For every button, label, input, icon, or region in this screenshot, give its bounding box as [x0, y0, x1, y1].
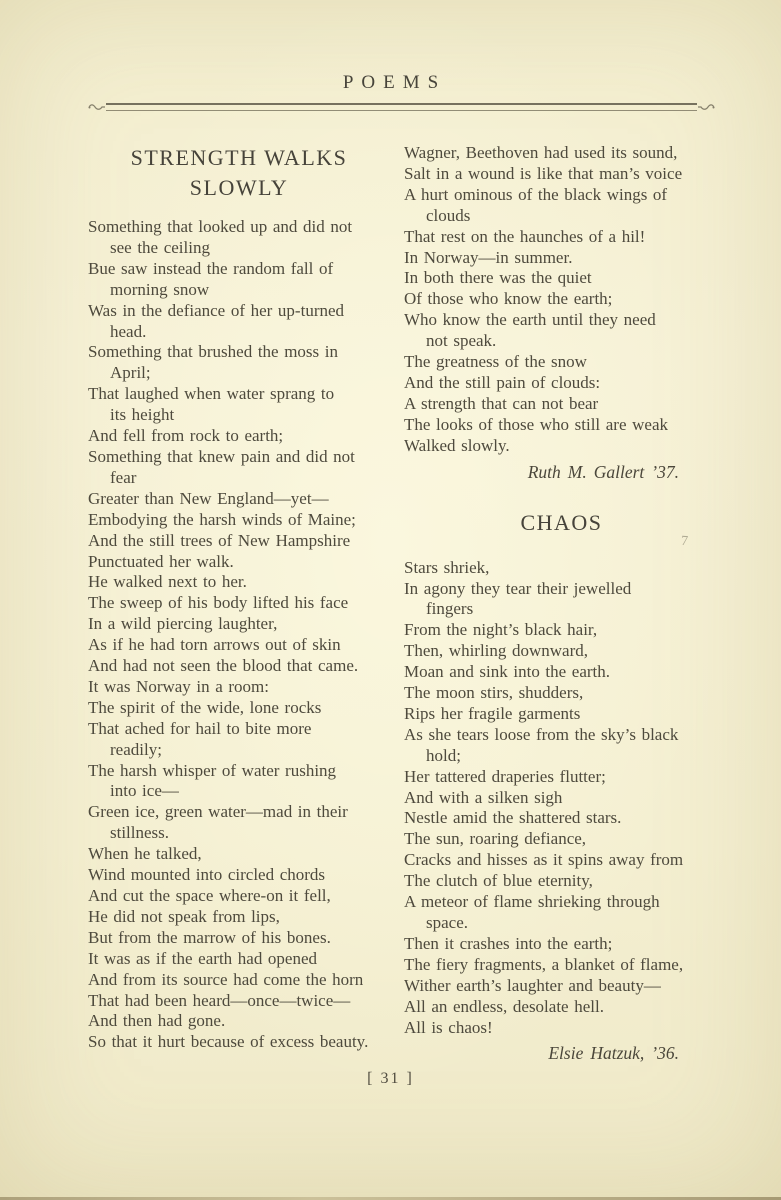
poem-line: Green ice, green water—mad in their [88, 802, 390, 823]
poem-line: In Norway—in summer. [404, 248, 719, 269]
poem-line: stillness. [88, 823, 390, 844]
poem-line: readily; [88, 740, 390, 761]
poem-line: But from the marrow of his bones. [88, 928, 390, 949]
poem-line: From the night’s black hair, [404, 620, 719, 641]
page-title: POEMS [8, 72, 781, 94]
poem-line: The fiery fragments, a blanket of flame, [404, 955, 719, 976]
poem-line: It was as if the earth had opened [88, 949, 390, 970]
right-column: Wagner, Beethoven had used its sound,Sal… [404, 143, 719, 1064]
poem-line: The harsh whisper of water rushing [88, 761, 390, 782]
two-column-layout: STRENGTH WALKS SLOWLY Something that loo… [0, 113, 781, 1064]
poem-line: The looks of those who still are weak [404, 415, 719, 436]
poem-line: Bue saw instead the random fall of [88, 259, 390, 280]
poem-line: That ached for hail to bite more [88, 719, 390, 740]
poem-line: The greatness of the snow [404, 352, 719, 373]
poem-line: see the ceiling [88, 238, 390, 259]
poem-line: And with a silken sigh [404, 788, 719, 809]
poem-line: Then, whirling downward, [404, 641, 719, 662]
poem-line: Was in the defiance of her up-turned [88, 301, 390, 322]
poem-line: Her tattered draperies flutter; [404, 767, 719, 788]
poem-line: Something that knew pain and did not [88, 447, 390, 468]
poem-line: The spirit of the wide, lone rocks [88, 698, 390, 719]
poem-line: In both there was the quiet [404, 268, 719, 289]
poem-line: And cut the space where-on it fell, [88, 886, 390, 907]
poem-line: Punctuated her walk. [88, 552, 390, 573]
poem-line: And from its source had come the horn [88, 970, 390, 991]
poem-title-chaos: CHAOS [404, 508, 719, 538]
poem-line: The sun, roaring defiance, [404, 829, 719, 850]
poem-body-strength-walks-slowly: Something that looked up and did notsee … [88, 217, 390, 1053]
poem-line: Embodying the harsh winds of Maine; [88, 510, 390, 531]
poem-line: not speak. [404, 331, 719, 352]
poem-line: As if he had torn arrows out of skin [88, 635, 390, 656]
poem-line: All an endless, desolate hell. [404, 997, 719, 1018]
poem-line: clouds [404, 206, 719, 227]
poem-title-line: SLOWLY [190, 175, 288, 200]
page-header: POEMS [0, 0, 781, 113]
poem-line: And fell from rock to earth; [88, 426, 390, 447]
poem-line: And then had gone. [88, 1011, 390, 1032]
poem-line: Salt in a wound is like that man’s voice [404, 164, 719, 185]
poem-line: That rest on the haunches of a hil! [404, 227, 719, 248]
poem-attribution-gallert: Ruth M. Gallert ’37. [404, 462, 719, 483]
poem-line: Cracks and hisses as it spins away from [404, 850, 719, 871]
poem-line: morning snow [88, 280, 390, 301]
poem-line: It was Norway in a room: [88, 677, 390, 698]
poem-body-strength-continued: Wagner, Beethoven had used its sound,Sal… [404, 143, 719, 457]
scanned-poems-page: POEMS STRENGTH WALKS SLOWLY Something th… [0, 0, 781, 1200]
poem-attribution-hatzuk: Elsie Hatzuk, ’36. [404, 1043, 719, 1064]
poem-line: When he talked, [88, 844, 390, 865]
poem-line: And the still trees of New Hampshire [88, 531, 390, 552]
poem-line: He walked next to her. [88, 572, 390, 593]
poem-line: Walked slowly. [404, 436, 719, 457]
print-artifact-mark: 7 [681, 534, 689, 550]
poem-line: As she tears loose from the sky’s black [404, 725, 719, 746]
rule-ornament-left-icon [88, 102, 106, 112]
poem-line: And had not seen the blood that came. [88, 656, 390, 677]
poem-line: Wind mounted into circled chords [88, 865, 390, 886]
poem-line: The moon stirs, shudders, [404, 683, 719, 704]
poem-line: That had been heard—once—twice— [88, 991, 390, 1012]
poem-line: He did not speak from lips, [88, 907, 390, 928]
poem-line: Wagner, Beethoven had used its sound, [404, 143, 719, 164]
decorative-rule [88, 101, 715, 113]
poem-line: A meteor of flame shrieking through [404, 892, 719, 913]
poem-line: In a wild piercing laughter, [88, 614, 390, 635]
poem-line: A strength that can not bear [404, 394, 719, 415]
poem-line: its height [88, 405, 390, 426]
poem-line: hold; [404, 746, 719, 767]
poem-line: Of those who know the earth; [404, 289, 719, 310]
poem-line: Who know the earth until they need [404, 310, 719, 331]
poem-line: And the still pain of clouds: [404, 373, 719, 394]
poem-line: That laughed when water sprang to [88, 384, 390, 405]
rule-ornament-right-icon [697, 102, 715, 112]
poem-line: Nestle amid the shattered stars. [404, 808, 719, 829]
poem-line: Rips her fragile garments [404, 704, 719, 725]
poem-line: Stars shriek, [404, 558, 719, 579]
left-column: STRENGTH WALKS SLOWLY Something that loo… [88, 143, 390, 1064]
poem-line: So that it hurt because of excess beauty… [88, 1032, 390, 1053]
poem-line: head. [88, 322, 390, 343]
poem-line: Greater than New England—yet— [88, 489, 390, 510]
poem-line: fear [88, 468, 390, 489]
poem-line: The sweep of his body lifted his face [88, 593, 390, 614]
poem-line: Something that looked up and did not [88, 217, 390, 238]
poem-body-chaos: Stars shriek,In agony they tear their je… [404, 558, 719, 1039]
poem-line: All is chaos! [404, 1018, 719, 1039]
poem-line: The clutch of blue eternity, [404, 871, 719, 892]
poem-line: Something that brushed the moss in [88, 342, 390, 363]
page-footer: [ 31 ] [0, 1070, 781, 1088]
poem-line: into ice— [88, 781, 390, 802]
poem-line: April; [88, 363, 390, 384]
page-number: [ 31 ] [0, 1070, 781, 1088]
poem-line: Then it crashes into the earth; [404, 934, 719, 955]
poem-line: space. [404, 913, 719, 934]
poem-line: In agony they tear their jewelled [404, 579, 719, 600]
poem-line: fingers [404, 599, 719, 620]
poem-line: A hurt ominous of the black wings of [404, 185, 719, 206]
poem-line: Wither earth’s laughter and beauty— [404, 976, 719, 997]
poem-line: Moan and sink into the earth. [404, 662, 719, 683]
rule-line [106, 103, 697, 111]
poem-title-strength-walks-slowly: STRENGTH WALKS SLOWLY [88, 143, 390, 203]
poem-title-line: STRENGTH WALKS [131, 145, 348, 170]
